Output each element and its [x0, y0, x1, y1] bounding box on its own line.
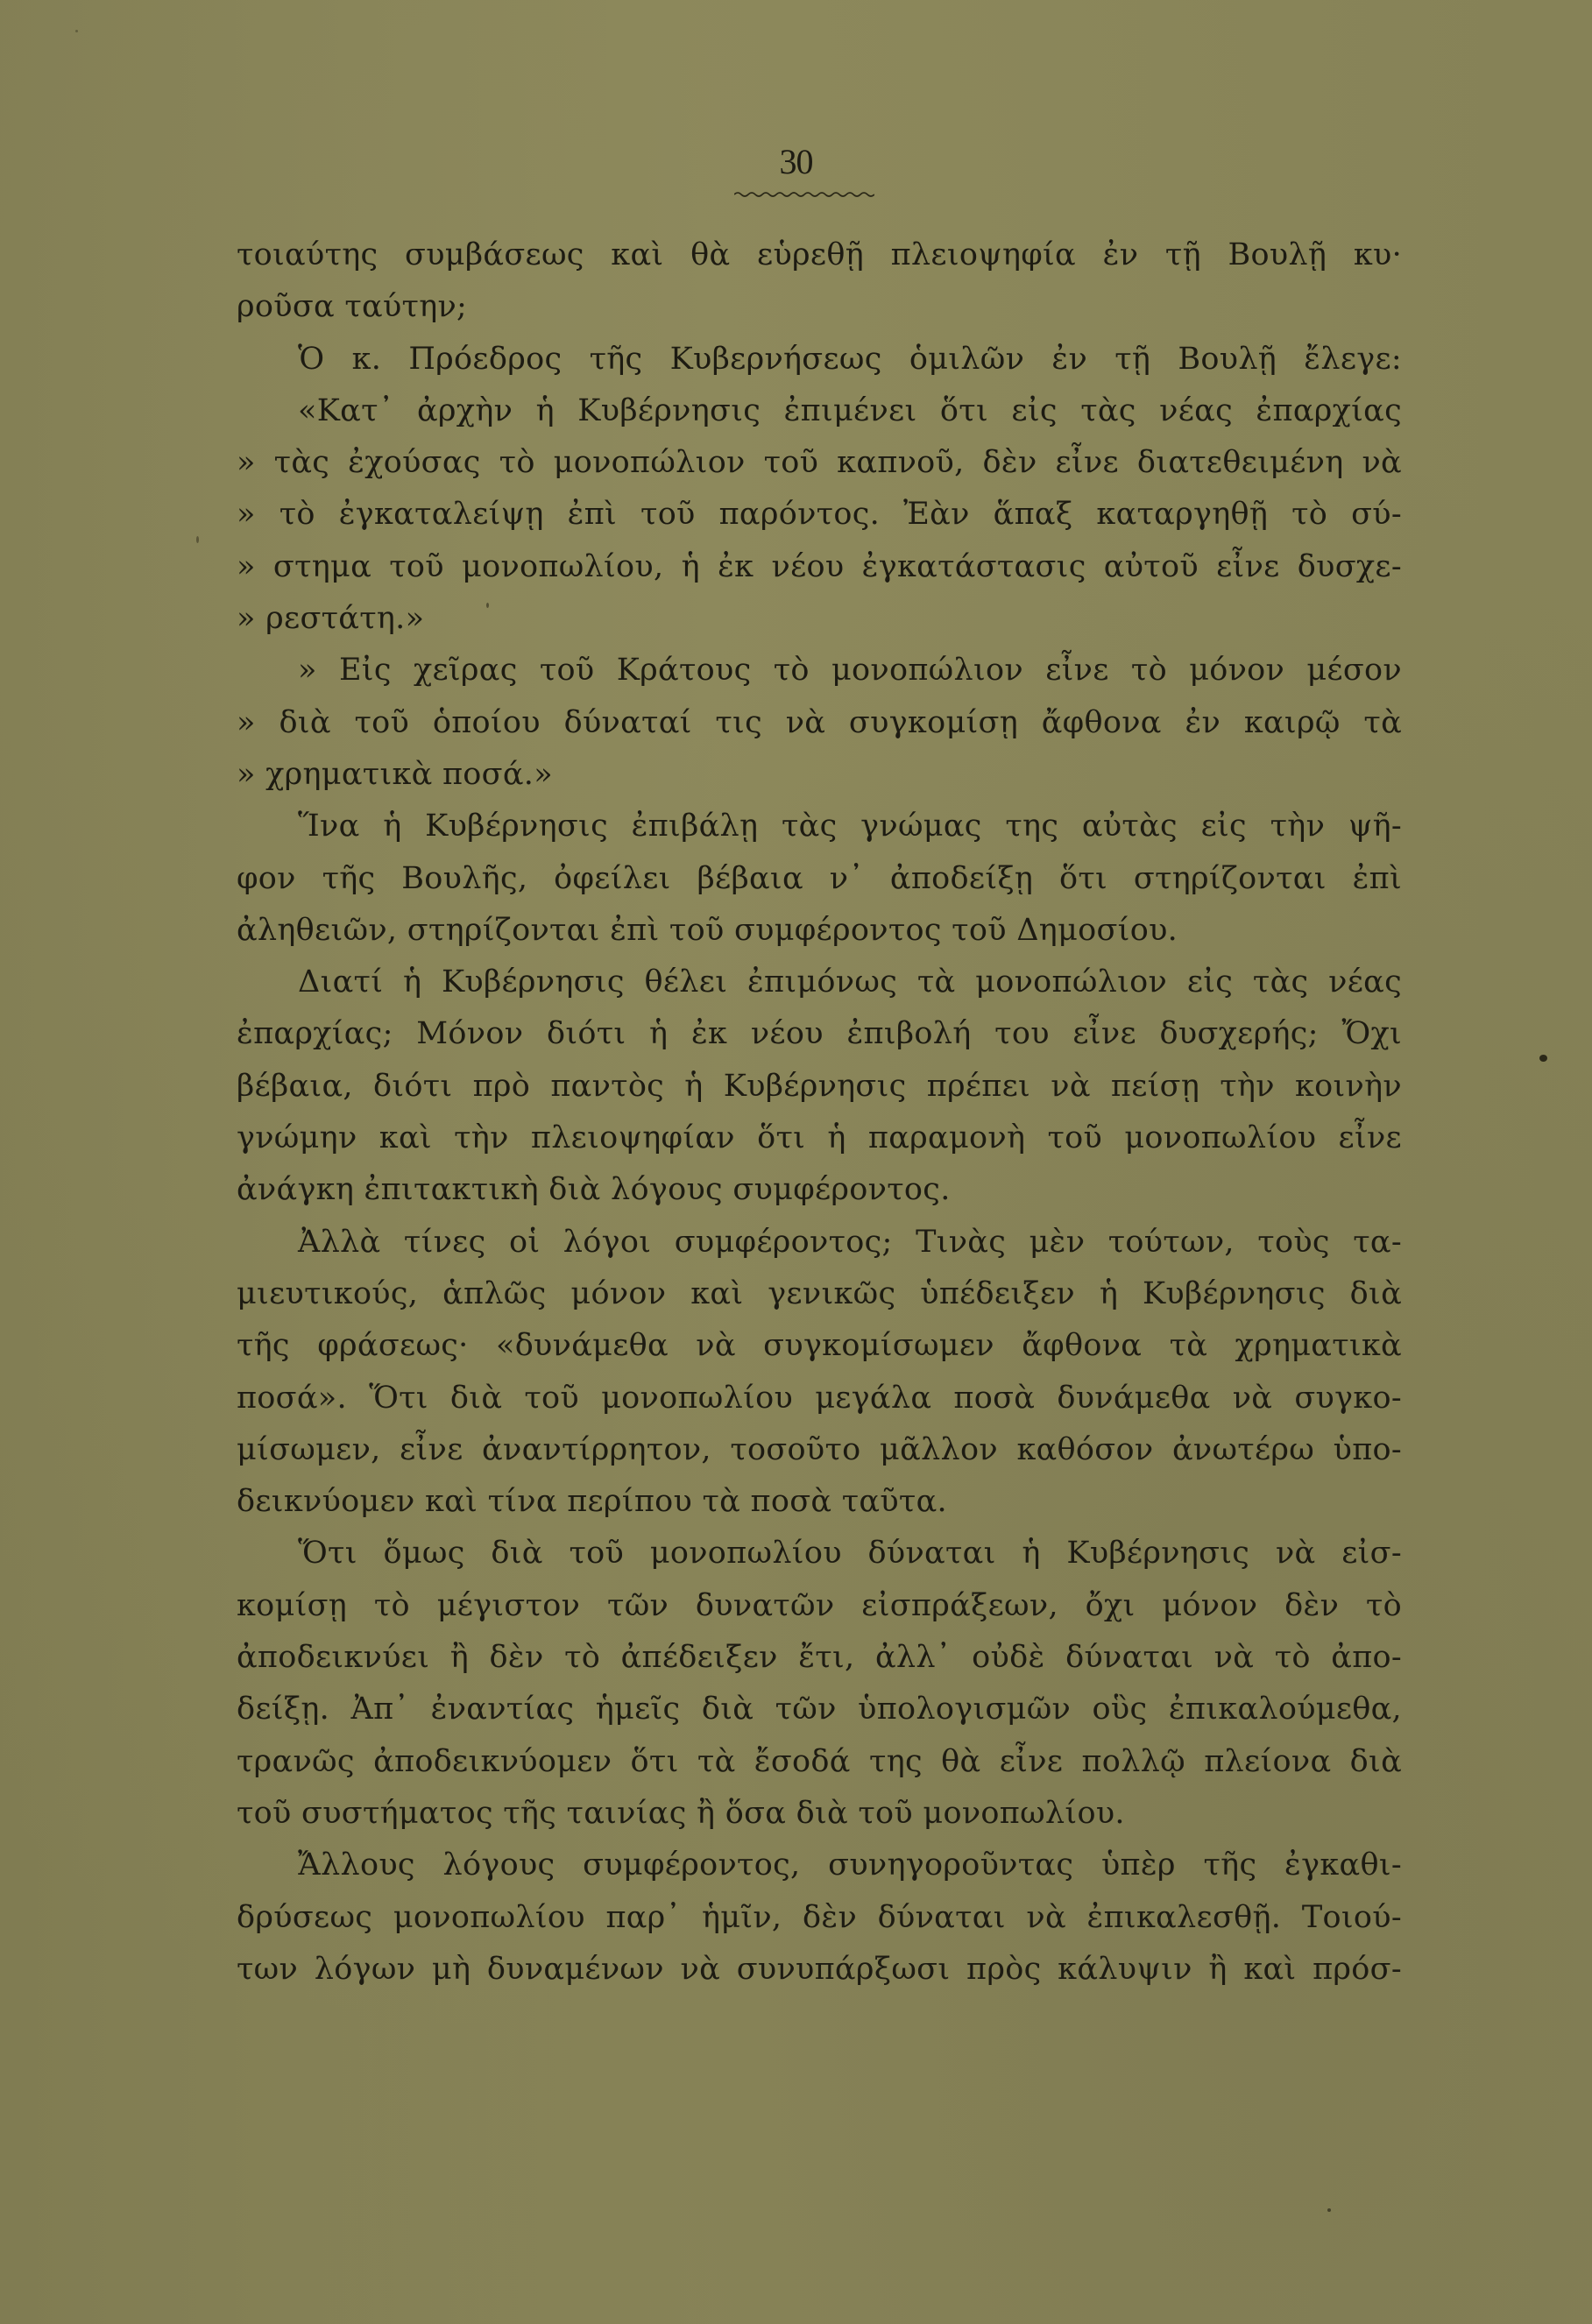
- page-number: 30: [0, 140, 1592, 184]
- text-line: τοῦ συστήματος τῆς ταινίας ἢ ὅσα διὰ τοῦ…: [237, 1788, 1402, 1840]
- paragraph-start-line: Ὁ κ. Πρόεδρος τῆς Κυβερνήσεως ὁμιλῶν ἐν …: [237, 334, 1402, 385]
- paper-speck: [196, 536, 199, 543]
- text-line: βέβαια, διότι πρὸ παντὸς ἡ Κυβέρνησις πρ…: [237, 1061, 1402, 1113]
- body-text: τοιαύτης συμβάσεως καὶ θὰ εὑρεθῇ πλειοψη…: [237, 230, 1402, 1996]
- text-line: τοιαύτης συμβάσεως καὶ θὰ εὑρεθῇ πλειοψη…: [237, 230, 1402, 281]
- text-line: δρύσεως μονοπωλίου παρ᾿ ἡμῖν, δὲν δύνατα…: [237, 1892, 1402, 1944]
- quote-line: » ρεστάτη.»: [237, 593, 1402, 645]
- quote-start-line: «Κατ᾿ ἀρχὴν ἡ Κυβέρνησις ἐπιμένει ὅτι εἰ…: [237, 385, 1402, 437]
- text-line: ἀνάγκη ἐπιτακτικὴ διὰ λόγους συμφέροντος…: [237, 1164, 1402, 1216]
- text-line: γνώμην καὶ τὴν πλειοψηφίαν ὅτι ἡ παραμον…: [237, 1113, 1402, 1164]
- quote-line: » χρηματικὰ ποσά.»: [237, 749, 1402, 801]
- paragraph-start-line: Ἵνα ἡ Κυβέρνησις ἐπιβάλῃ τὰς γνώμας της …: [237, 801, 1402, 852]
- text-line: ποσά». Ὅτι διὰ τοῦ μονοπωλίου μεγάλα ποσ…: [237, 1373, 1402, 1424]
- text-line: δείξῃ. Ἀπ᾿ ἐναντίας ἡμεῖς διὰ τῶν ὑπολογ…: [237, 1684, 1402, 1735]
- wavy-rule-ornament: [734, 189, 874, 200]
- text-line: των λόγων μὴ δυναμένων νὰ συνυπάρξωσι πρ…: [237, 1944, 1402, 1996]
- paragraph-start-line: Ἄλλους λόγους συμφέροντος, συνηγοροῦντας…: [237, 1840, 1402, 1891]
- text-line: ἀληθειῶν, στηρίζονται ἐπὶ τοῦ συμφέροντο…: [237, 905, 1402, 957]
- paper-speck: [1539, 1055, 1547, 1062]
- text-line: ἐπαρχίας; Μόνον διότι ἡ ἐκ νέου ἐπιβολή …: [237, 1008, 1402, 1060]
- text-line: ροῦσα ταύτην;: [237, 281, 1402, 333]
- quote-paragraph-start-line: » Εἰς χεῖρας τοῦ Κράτους τὸ μονοπώλιον ε…: [237, 645, 1402, 696]
- paragraph-start-line: Διατί ἡ Κυβέρνησις θέλει ἐπιμόνως τὰ μον…: [237, 957, 1402, 1008]
- text-line: κομίσῃ τὸ μέγιστον τῶν δυνατῶν εἰσπράξεω…: [237, 1580, 1402, 1632]
- quote-line: » τὸ ἐγκαταλείψῃ ἐπὶ τοῦ παρόντος. Ἐὰν ἅ…: [237, 489, 1402, 540]
- paper-speck: [75, 30, 78, 32]
- text-line: ἀποδεικνύει ἢ δὲν τὸ ἀπέδειξεν ἔτι, ἀλλ᾿…: [237, 1632, 1402, 1684]
- text-line: μιευτικούς, ἁπλῶς μόνον καὶ γενικῶς ὑπέδ…: [237, 1268, 1402, 1320]
- quote-line: » στημα τοῦ μονοπωλίου, ἡ ἐκ νέου ἐγκατά…: [237, 541, 1402, 593]
- text-line: τρανῶς ἀποδεικνύομεν ὅτι τὰ ἔσοδά της θὰ…: [237, 1736, 1402, 1788]
- text-line: μίσωμεν, εἶνε ἀναντίρρητον, τοσοῦτο μᾶλλ…: [237, 1424, 1402, 1476]
- quote-line: » διὰ τοῦ ὁποίου δύναταί τις νὰ συγκομίσ…: [237, 697, 1402, 749]
- text-line: τῆς φράσεως· «δυνάμεθα νὰ συγκομίσωμεν ἄ…: [237, 1320, 1402, 1372]
- scanned-book-page: 30 τοιαύτης συμβάσεως καὶ θὰ εὑρεθῇ πλει…: [0, 0, 1592, 2324]
- paper-speck: [486, 603, 489, 608]
- quote-line: » τὰς ἐχούσας τὸ μονοπώλιον τοῦ καπνοῦ, …: [237, 437, 1402, 489]
- text-line: δεικνύομεν καὶ τίνα περίπου τὰ ποσὰ ταῦτ…: [237, 1476, 1402, 1528]
- text-line: φον τῆς Βουλῆς, ὀφείλει βέβαια ν᾿ ἀποδεί…: [237, 853, 1402, 905]
- paper-speck: [1327, 2208, 1331, 2212]
- paragraph-start-line: Ὅτι ὅμως διὰ τοῦ μονοπωλίου δύναται ἡ Κυ…: [237, 1528, 1402, 1579]
- paragraph-start-line: Ἀλλὰ τίνες οἱ λόγοι συμφέροντος; Τινὰς μ…: [237, 1217, 1402, 1268]
